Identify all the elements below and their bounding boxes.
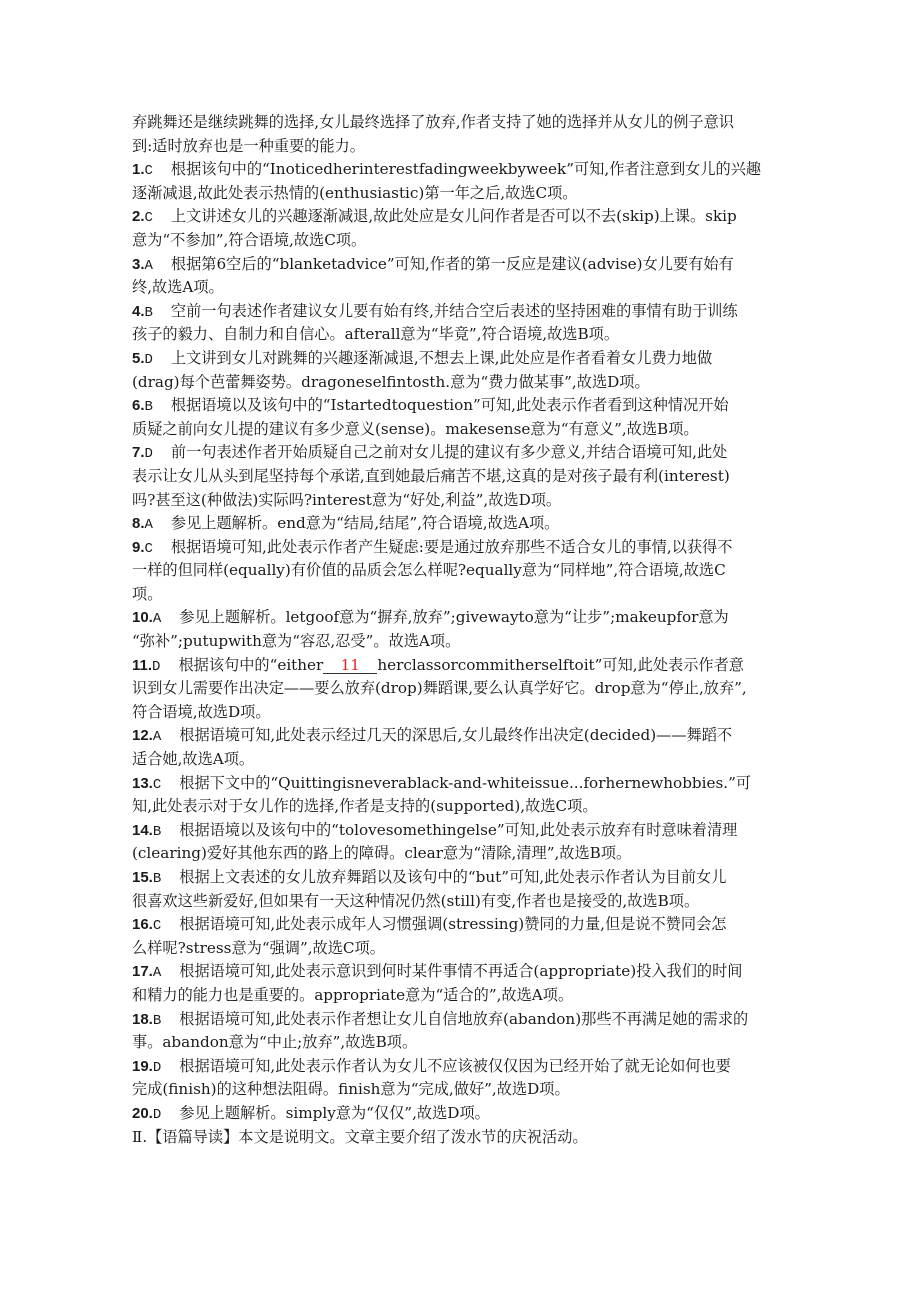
explanation-text: 知,此处表示对于女儿作的选择,作者是支持的(supported),故选C项。 — [132, 797, 598, 815]
item-answer-letter: D — [152, 659, 160, 675]
item-number: 8. — [132, 515, 145, 532]
explanation-text: 表示让女儿从头到尾坚持每个承诺,直到她最后痛苦不堪,这真的是对孩子最有利(int… — [132, 467, 730, 485]
item-number: 7. — [132, 444, 145, 461]
item-number: 10. — [132, 609, 153, 626]
answer-explanation-document: 弃跳舞还是继续跳舞的选择,女儿最终选择了放弃,作者支持了她的选择并从女儿的例子意… — [132, 111, 812, 1149]
answer-item-continuation: 质疑之前向女儿提的建议有多少意义(sense)。makesense意为“有意义”… — [132, 418, 812, 442]
answer-item: 14.B根据语境以及该句中的“tolovesomethingelse”可知,此处… — [132, 819, 812, 843]
explanation-text: 识到女儿需要作出决定——要么放弃(drop)舞蹈课,要么认真学好它。drop意为… — [132, 679, 747, 697]
explanation-text: 参见上题解析。end意为“结局,结尾”,符合语境,故选A项。 — [171, 514, 559, 532]
answer-item-continuation: 么样呢?stress意为“强调”,故选C项。 — [132, 937, 812, 961]
item-number: 14. — [132, 822, 153, 839]
answer-item-continuation: 事。abandon意为“中止;放弃”,故选B项。 — [132, 1031, 812, 1055]
answer-item: 8.A参见上题解析。end意为“结局,结尾”,符合语境,故选A项。 — [132, 512, 812, 536]
item-answer-letter: B — [153, 824, 161, 840]
explanation-text: (drag)每个芭蕾舞姿势。dragoneselfintosth.意为“费力做某… — [132, 373, 650, 391]
answer-item-continuation: 终,故选A项。 — [132, 276, 812, 300]
answer-item-continuation: 很喜欢这些新爱好,但如果有一天这种情况仍然(still)有变,作者也是接受的,故… — [132, 890, 812, 914]
explanation-text: 终,故选A项。 — [132, 278, 224, 296]
explanation-text: 和精力的能力也是重要的。appropriate意为“适合的”,故选A项。 — [132, 986, 573, 1004]
answer-item-continuation: 逐渐减退,故此处表示热情的(enthusiastic)第一年之后,故选C项。 — [132, 182, 812, 206]
explanation-text: 根据下文中的“Quittingisneverablack-and-whiteis… — [179, 774, 751, 792]
item-number: 17. — [132, 963, 153, 980]
intro-line: 到:适时放弃也是一种重要的能力。 — [132, 135, 812, 159]
item-number: 2. — [132, 208, 145, 225]
answer-item: 9.C根据语境可知,此处表示作者产生疑虑:要是通过放弃那些不适合女儿的事情,以获… — [132, 536, 812, 560]
answer-item: 19.D根据语境可知,此处表示作者认为女儿不应该被仅仅因为已经开始了就无论如何也… — [132, 1055, 812, 1079]
explanation-text: 质疑之前向女儿提的建议有多少意义(sense)。makesense意为“有意义”… — [132, 420, 699, 438]
answer-item-continuation: 符合语境,故选D项。 — [132, 701, 812, 725]
answer-item-continuation: (drag)每个芭蕾舞姿势。dragoneselfintosth.意为“费力做某… — [132, 371, 812, 395]
explanation-text: 根据语境以及该句中的“tolovesomethingelse”可知,此处表示放弃… — [179, 821, 737, 839]
answer-item-continuation: 吗?甚至这(种做法)实际吗?interest意为“好处,利益”,故选D项。 — [132, 489, 812, 513]
explanation-text: 逐渐减退,故此处表示热情的(enthusiastic)第一年之后,故选C项。 — [132, 184, 577, 202]
explanation-text: 很喜欢这些新爱好,但如果有一天这种情况仍然(still)有变,作者也是接受的,故… — [132, 892, 699, 910]
answer-item: 3.A根据第6空后的“blanketadvice”可知,作者的第一反应是建议(a… — [132, 253, 812, 277]
answer-item-continuation: 意为“不参加”,符合语境,故选C项。 — [132, 229, 812, 253]
item-answer-letter: D — [145, 352, 153, 368]
answer-item-continuation: 和精力的能力也是重要的。appropriate意为“适合的”,故选A项。 — [132, 984, 812, 1008]
item-number: 6. — [132, 397, 145, 414]
item-answer-letter: A — [145, 517, 153, 533]
item-answer-letter: A — [145, 258, 153, 274]
answer-item: 4.B空前一句表述作者建议女儿要有始有终,并结合空后表述的坚持困难的事情有助于训… — [132, 300, 812, 324]
item-number: 4. — [132, 303, 145, 320]
answer-item: 17.A根据语境可知,此处表示意识到何时某件事情不再适合(appropriate… — [132, 960, 812, 984]
explanation-text: 事。abandon意为“中止;放弃”,故选B项。 — [132, 1033, 417, 1051]
explanation-text: 根据语境可知,此处表示成年人习惯强调(stressing)赞同的力量,但是说不赞… — [179, 915, 726, 933]
answer-item-continuation: 识到女儿需要作出决定——要么放弃(drop)舞蹈课,要么认真学好它。drop意为… — [132, 677, 812, 701]
item-answer-letter: A — [153, 729, 161, 745]
explanation-text: 项。 — [132, 585, 162, 603]
explanation-text: 上文讲述女儿的兴趣逐渐减退,故此处应是女儿问作者是否可以不去(skip)上课。s… — [171, 207, 737, 225]
item-number: 20. — [132, 1105, 153, 1122]
item-answer-letter: A — [153, 611, 161, 627]
answer-item: 18.B根据语境可知,此处表示作者想让女儿自信地放弃(abandon)那些不再满… — [132, 1008, 812, 1032]
item-answer-letter: B — [145, 399, 153, 415]
item-number: 9. — [132, 539, 145, 556]
explanation-text: 空前一句表述作者建议女儿要有始有终,并结合空后表述的坚持困难的事情有助于训练 — [171, 302, 738, 320]
answer-item: 1.C根据该句中的“Inoticedherinterestfadingweekb… — [132, 158, 812, 182]
item-number: 19. — [132, 1058, 153, 1075]
section-2-heading: Ⅱ.【语篇导读】本文是说明文。文章主要介绍了泼水节的庆祝活动。 — [132, 1126, 812, 1150]
item-number: 13. — [132, 775, 153, 792]
explanation-text: 么样呢?stress意为“强调”,故选C项。 — [132, 939, 385, 957]
answer-item: 2.C上文讲述女儿的兴趣逐渐减退,故此处应是女儿问作者是否可以不去(skip)上… — [132, 205, 812, 229]
answer-item: 13.C根据下文中的“Quittingisneverablack-and-whi… — [132, 772, 812, 796]
explanation-text: 参见上题解析。letgoof意为“摒弃,放弃”;givewayto意为“让步”;… — [179, 608, 728, 626]
answer-item: 11.D根据该句中的“either11herclassorcommitherse… — [132, 654, 812, 678]
answer-item-continuation: “弥补”;putupwith意为“容忍,忍受”。故选A项。 — [132, 630, 812, 654]
explanation-text: (clearing)爱好其他东西的路上的障碍。clear意为“清除,清理”,故选… — [132, 844, 631, 862]
answer-item-continuation: 项。 — [132, 583, 812, 607]
explanation-text: 符合语境,故选D项。 — [132, 703, 271, 721]
explanation-text: 根据语境以及该句中的“Istartedtoquestion”可知,此处表示作者看… — [171, 396, 729, 414]
item-number: 18. — [132, 1011, 153, 1028]
answer-item-continuation: 孩子的毅力、自制力和自信心。afterall意为“毕竟”,符合语境,故选B项。 — [132, 323, 812, 347]
answer-item-continuation: (clearing)爱好其他东西的路上的障碍。clear意为“清除,清理”,故选… — [132, 842, 812, 866]
item-answer-letter: D — [153, 1060, 161, 1076]
item-answer-letter: A — [153, 965, 161, 981]
explanation-text: 根据语境可知,此处表示作者认为女儿不应该被仅仅因为已经开始了就无论如何也要 — [179, 1057, 731, 1075]
explanation-text: 根据语境可知,此处表示作者产生疑虑:要是通过放弃那些不适合女儿的事情,以获得不 — [171, 538, 733, 556]
answer-item: 10.A参见上题解析。letgoof意为“摒弃,放弃”;givewayto意为“… — [132, 606, 812, 630]
answer-item: 12.A根据语境可知,此处表示经过几天的深思后,女儿最终作出决定(decided… — [132, 724, 812, 748]
answer-item-continuation: 知,此处表示对于女儿作的选择,作者是支持的(supported),故选C项。 — [132, 795, 812, 819]
explanation-text: 根据语境可知,此处表示意识到何时某件事情不再适合(appropriate)投入我… — [179, 962, 742, 980]
explanation-text: 前一句表述作者开始质疑自己之前对女儿提的建议有多少意义,并结合语境可知,此处 — [171, 443, 727, 461]
answer-item: 6.B根据语境以及该句中的“Istartedtoquestion”可知,此处表示… — [132, 394, 812, 418]
explanation-text: 根据该句中的“either — [178, 656, 323, 674]
explanation-text: 适合她,故选A项。 — [132, 750, 254, 768]
item-number: 5. — [132, 350, 145, 367]
item-answer-letter: C — [145, 541, 153, 557]
item-answer-letter: C — [153, 777, 161, 793]
answer-item-continuation: 表示让女儿从头到尾坚持每个承诺,直到她最后痛苦不堪,这真的是对孩子最有利(int… — [132, 465, 812, 489]
blank-number-11: 11 — [323, 657, 377, 674]
explanation-text: 孩子的毅力、自制力和自信心。afterall意为“毕竟”,符合语境,故选B项。 — [132, 325, 619, 343]
explanation-text: 根据语境可知,此处表示经过几天的深思后,女儿最终作出决定(decided)——舞… — [179, 726, 732, 744]
answer-item-continuation: 完成(finish)的这种想法阻碍。finish意为“完成,做好”,故选D项。 — [132, 1078, 812, 1102]
explanation-text: 根据上文表述的女儿放弃舞蹈以及该句中的“but”可知,此处表示作者认为目前女儿 — [179, 868, 726, 886]
item-number: 15. — [132, 869, 153, 886]
item-number: 1. — [132, 161, 145, 178]
item-answer-letter: C — [153, 918, 161, 934]
answer-item: 20.D参见上题解析。simply意为“仅仅”,故选D项。 — [132, 1102, 812, 1126]
explanation-text: 完成(finish)的这种想法阻碍。finish意为“完成,做好”,故选D项。 — [132, 1080, 570, 1098]
explanation-text: 根据语境可知,此处表示作者想让女儿自信地放弃(abandon)那些不再满足她的需… — [179, 1010, 748, 1028]
item-answer-letter: B — [153, 1013, 161, 1029]
item-answer-letter: D — [153, 1107, 161, 1123]
item-answer-letter: B — [153, 871, 161, 887]
explanation-text: 上文讲到女儿对跳舞的兴趣逐渐减退,不想去上课,此处应是作者看着女儿费力地做 — [171, 349, 712, 367]
explanation-text: 一样的但同样(equally)有价值的品质会怎么样呢?equally意为“同样地… — [132, 561, 726, 579]
item-number: 16. — [132, 916, 153, 933]
explanation-text: 吗?甚至这(种做法)实际吗?interest意为“好处,利益”,故选D项。 — [132, 491, 561, 509]
answer-item-continuation: 一样的但同样(equally)有价值的品质会怎么样呢?equally意为“同样地… — [132, 559, 812, 583]
item-answer-letter: B — [145, 305, 153, 321]
explanation-text: 根据该句中的“Inoticedherinterestfadingweekbywe… — [171, 160, 761, 178]
answer-item-continuation: 适合她,故选A项。 — [132, 748, 812, 772]
answer-item: 15.B根据上文表述的女儿放弃舞蹈以及该句中的“but”可知,此处表示作者认为目… — [132, 866, 812, 890]
item-number: 12. — [132, 727, 153, 744]
item-answer-letter: C — [145, 163, 153, 179]
answer-item: 5.D上文讲到女儿对跳舞的兴趣逐渐减退,不想去上课,此处应是作者看着女儿费力地做 — [132, 347, 812, 371]
item-number: 3. — [132, 256, 145, 273]
explanation-text: 根据第6空后的“blanketadvice”可知,作者的第一反应是建议(advi… — [171, 255, 734, 273]
answer-item: 16.C根据语境可知,此处表示成年人习惯强调(stressing)赞同的力量,但… — [132, 913, 812, 937]
explanation-text: “弥补”;putupwith意为“容忍,忍受”。故选A项。 — [132, 632, 460, 650]
explanation-text: 参见上题解析。simply意为“仅仅”,故选D项。 — [179, 1104, 490, 1122]
explanation-text: 意为“不参加”,符合语境,故选C项。 — [132, 231, 366, 249]
intro-line: 弃跳舞还是继续跳舞的选择,女儿最终选择了放弃,作者支持了她的选择并从女儿的例子意… — [132, 111, 812, 135]
item-answer-letter: D — [145, 446, 153, 462]
item-number: 11. — [132, 657, 152, 674]
explanation-text: herclassorcommitherselftoit”可知,此处表示作者意 — [377, 656, 744, 674]
answer-item: 7.D前一句表述作者开始质疑自己之前对女儿提的建议有多少意义,并结合语境可知,此… — [132, 441, 812, 465]
item-answer-letter: C — [145, 210, 153, 226]
